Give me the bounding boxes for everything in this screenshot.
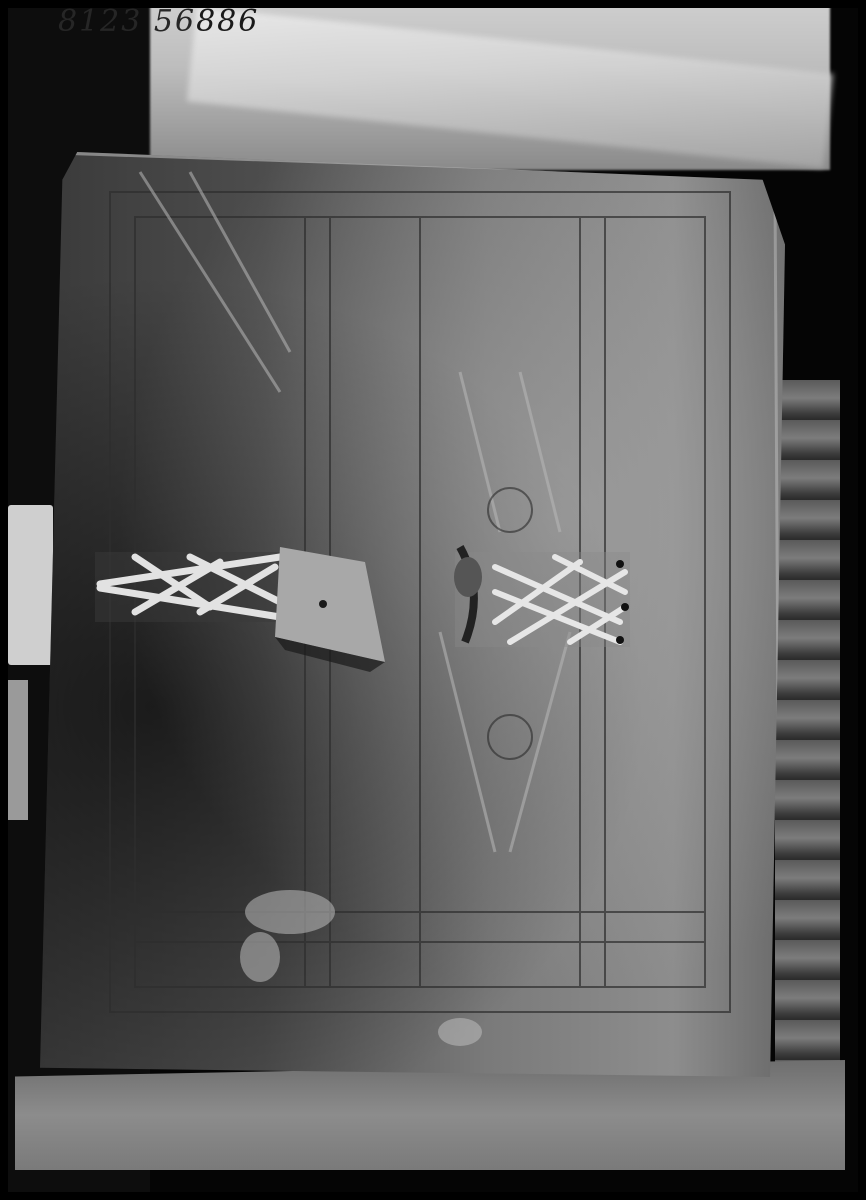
- leather-fastening-tab: [275, 547, 385, 672]
- stacked-books-right: [775, 380, 840, 1140]
- photograph: 8123 56886: [0, 0, 866, 1200]
- right-lattice-clasp: [454, 547, 630, 647]
- book-cover: [40, 152, 785, 1077]
- table-surface: [15, 1060, 845, 1170]
- shelf-object-left-lower: [8, 680, 28, 820]
- negative-number-dark: 886: [196, 4, 259, 39]
- negative-number: 8123 56886: [58, 4, 259, 39]
- cover-tooling: [40, 152, 785, 1077]
- negative-number-faint: 8123 56: [58, 4, 196, 39]
- left-lattice-clasp: [95, 552, 285, 622]
- shelf-object-left: [8, 505, 53, 665]
